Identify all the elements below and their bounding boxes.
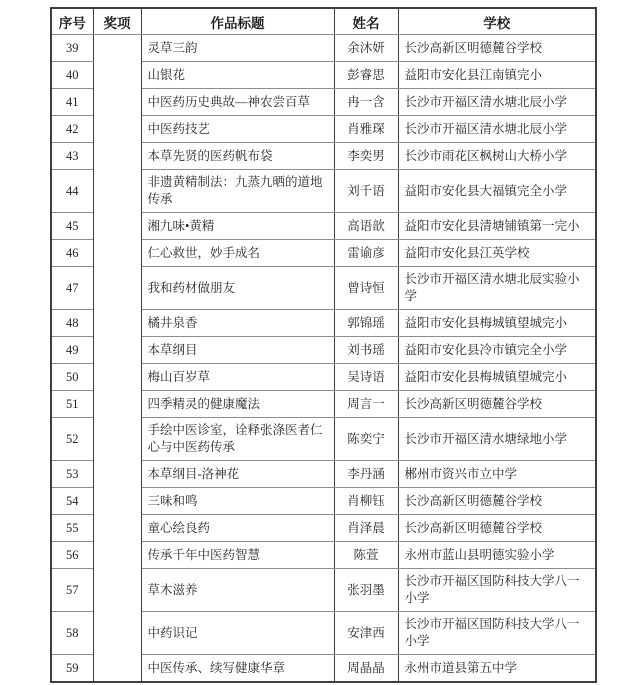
title-cell: 中医药历史典故—神农尝百草	[141, 89, 334, 116]
serial-cell: 59	[51, 655, 93, 683]
title-cell: 非遗黄精制法：九蒸九晒的道地传承	[141, 170, 334, 213]
name-cell: 肖柳钰	[334, 488, 398, 515]
title-cell: 四季精灵的健康魔法	[141, 391, 334, 418]
serial-cell: 58	[51, 612, 93, 655]
school-cell: 益阳市安化县江英学校	[398, 240, 596, 267]
name-cell: 张羽墨	[334, 569, 398, 612]
serial-cell: 57	[51, 569, 93, 612]
serial-cell: 50	[51, 364, 93, 391]
serial-cell: 49	[51, 337, 93, 364]
name-cell: 郭锦瑶	[334, 310, 398, 337]
serial-cell: 56	[51, 542, 93, 569]
title-cell: 湘九味•黄精	[141, 213, 334, 240]
name-cell: 彭睿思	[334, 62, 398, 89]
name-cell: 余沐妍	[334, 35, 398, 62]
school-cell: 长沙市开福区国防科技大学八一小学	[398, 569, 596, 612]
school-cell: 长沙市开福区清水塘北辰小学	[398, 89, 596, 116]
title-cell: 梅山百岁草	[141, 364, 334, 391]
name-cell: 刘千语	[334, 170, 398, 213]
header-row: 序号 奖项 作品标题 姓名 学校	[51, 8, 596, 35]
name-cell: 李丹涵	[334, 461, 398, 488]
name-cell: 陈萱	[334, 542, 398, 569]
name-cell: 肖雅琛	[334, 116, 398, 143]
name-cell: 李奕男	[334, 143, 398, 170]
name-cell: 肖泽晨	[334, 515, 398, 542]
col-header-school: 学校	[398, 8, 596, 35]
title-cell: 本草先贤的医药帆布袋	[141, 143, 334, 170]
name-cell: 周言一	[334, 391, 398, 418]
name-cell: 周晶晶	[334, 655, 398, 683]
award-merged-cell	[93, 35, 141, 683]
title-cell: 童心绘良药	[141, 515, 334, 542]
school-cell: 永州市蓝山县明德实验小学	[398, 542, 596, 569]
name-cell: 冉一含	[334, 89, 398, 116]
school-cell: 长沙市雨花区枫树山大桥小学	[398, 143, 596, 170]
school-cell: 长沙市开福区清水塘北辰小学	[398, 116, 596, 143]
serial-cell: 42	[51, 116, 93, 143]
serial-cell: 46	[51, 240, 93, 267]
school-cell: 长沙市开福区清水塘绿地小学	[398, 418, 596, 461]
serial-cell: 40	[51, 62, 93, 89]
school-cell: 益阳市安化县梅城镇望城完小	[398, 310, 596, 337]
title-cell: 我和药材做朋友	[141, 267, 334, 310]
col-header-award: 奖项	[93, 8, 141, 35]
school-cell: 益阳市安化县梅城镇望城完小	[398, 364, 596, 391]
title-cell: 传承千年中医药智慧	[141, 542, 334, 569]
title-cell: 三味和鸣	[141, 488, 334, 515]
school-cell: 长沙高新区明德麓谷学校	[398, 488, 596, 515]
award-winners-table: 序号 奖项 作品标题 姓名 学校 39 灵草三韵 余沐妍 长沙高新区明德麓谷学校…	[50, 7, 597, 683]
school-cell: 郴州市资兴市立中学	[398, 461, 596, 488]
school-cell: 长沙高新区明德麓谷学校	[398, 391, 596, 418]
name-cell: 吴诗语	[334, 364, 398, 391]
school-cell: 益阳市安化县清塘铺镇第一完小	[398, 213, 596, 240]
name-cell: 陈奕宁	[334, 418, 398, 461]
school-cell: 永州市道县第五中学	[398, 655, 596, 683]
serial-cell: 53	[51, 461, 93, 488]
title-cell: 灵草三韵	[141, 35, 334, 62]
title-cell: 本草纲目-洛神花	[141, 461, 334, 488]
title-cell: 中医药技艺	[141, 116, 334, 143]
school-cell: 长沙市开福区国防科技大学八一小学	[398, 612, 596, 655]
col-header-name: 姓名	[334, 8, 398, 35]
title-cell: 橘井泉香	[141, 310, 334, 337]
school-cell: 长沙高新区明德麓谷学校	[398, 515, 596, 542]
title-cell: 手绘中医诊室，诠释张涤医者仁心与中医药传承	[141, 418, 334, 461]
col-header-title: 作品标题	[141, 8, 334, 35]
serial-cell: 45	[51, 213, 93, 240]
serial-cell: 39	[51, 35, 93, 62]
school-cell: 长沙高新区明德麓谷学校	[398, 35, 596, 62]
title-cell: 中医传承、续写健康华章	[141, 655, 334, 683]
serial-cell: 51	[51, 391, 93, 418]
school-cell: 长沙市开福区清水塘北辰实验小学	[398, 267, 596, 310]
name-cell: 曾诗恒	[334, 267, 398, 310]
name-cell: 刘书瑶	[334, 337, 398, 364]
title-cell: 仁心救世，妙手成名	[141, 240, 334, 267]
school-cell: 益阳市安化县江南镇完小	[398, 62, 596, 89]
serial-cell: 41	[51, 89, 93, 116]
name-cell: 雷谕彦	[334, 240, 398, 267]
col-header-serial: 序号	[51, 8, 93, 35]
serial-cell: 44	[51, 170, 93, 213]
school-cell: 益阳市安化县大福镇完全小学	[398, 170, 596, 213]
title-cell: 中药识记	[141, 612, 334, 655]
name-cell: 高语歆	[334, 213, 398, 240]
name-cell: 安津西	[334, 612, 398, 655]
school-cell: 益阳市安化县冷市镇完全小学	[398, 337, 596, 364]
title-cell: 本草纲目	[141, 337, 334, 364]
serial-cell: 54	[51, 488, 93, 515]
title-cell: 草木滋养	[141, 569, 334, 612]
serial-cell: 48	[51, 310, 93, 337]
serial-cell: 43	[51, 143, 93, 170]
table-row: 39 灵草三韵 余沐妍 长沙高新区明德麓谷学校	[51, 35, 596, 62]
serial-cell: 47	[51, 267, 93, 310]
serial-cell: 55	[51, 515, 93, 542]
serial-cell: 52	[51, 418, 93, 461]
title-cell: 山银花	[141, 62, 334, 89]
